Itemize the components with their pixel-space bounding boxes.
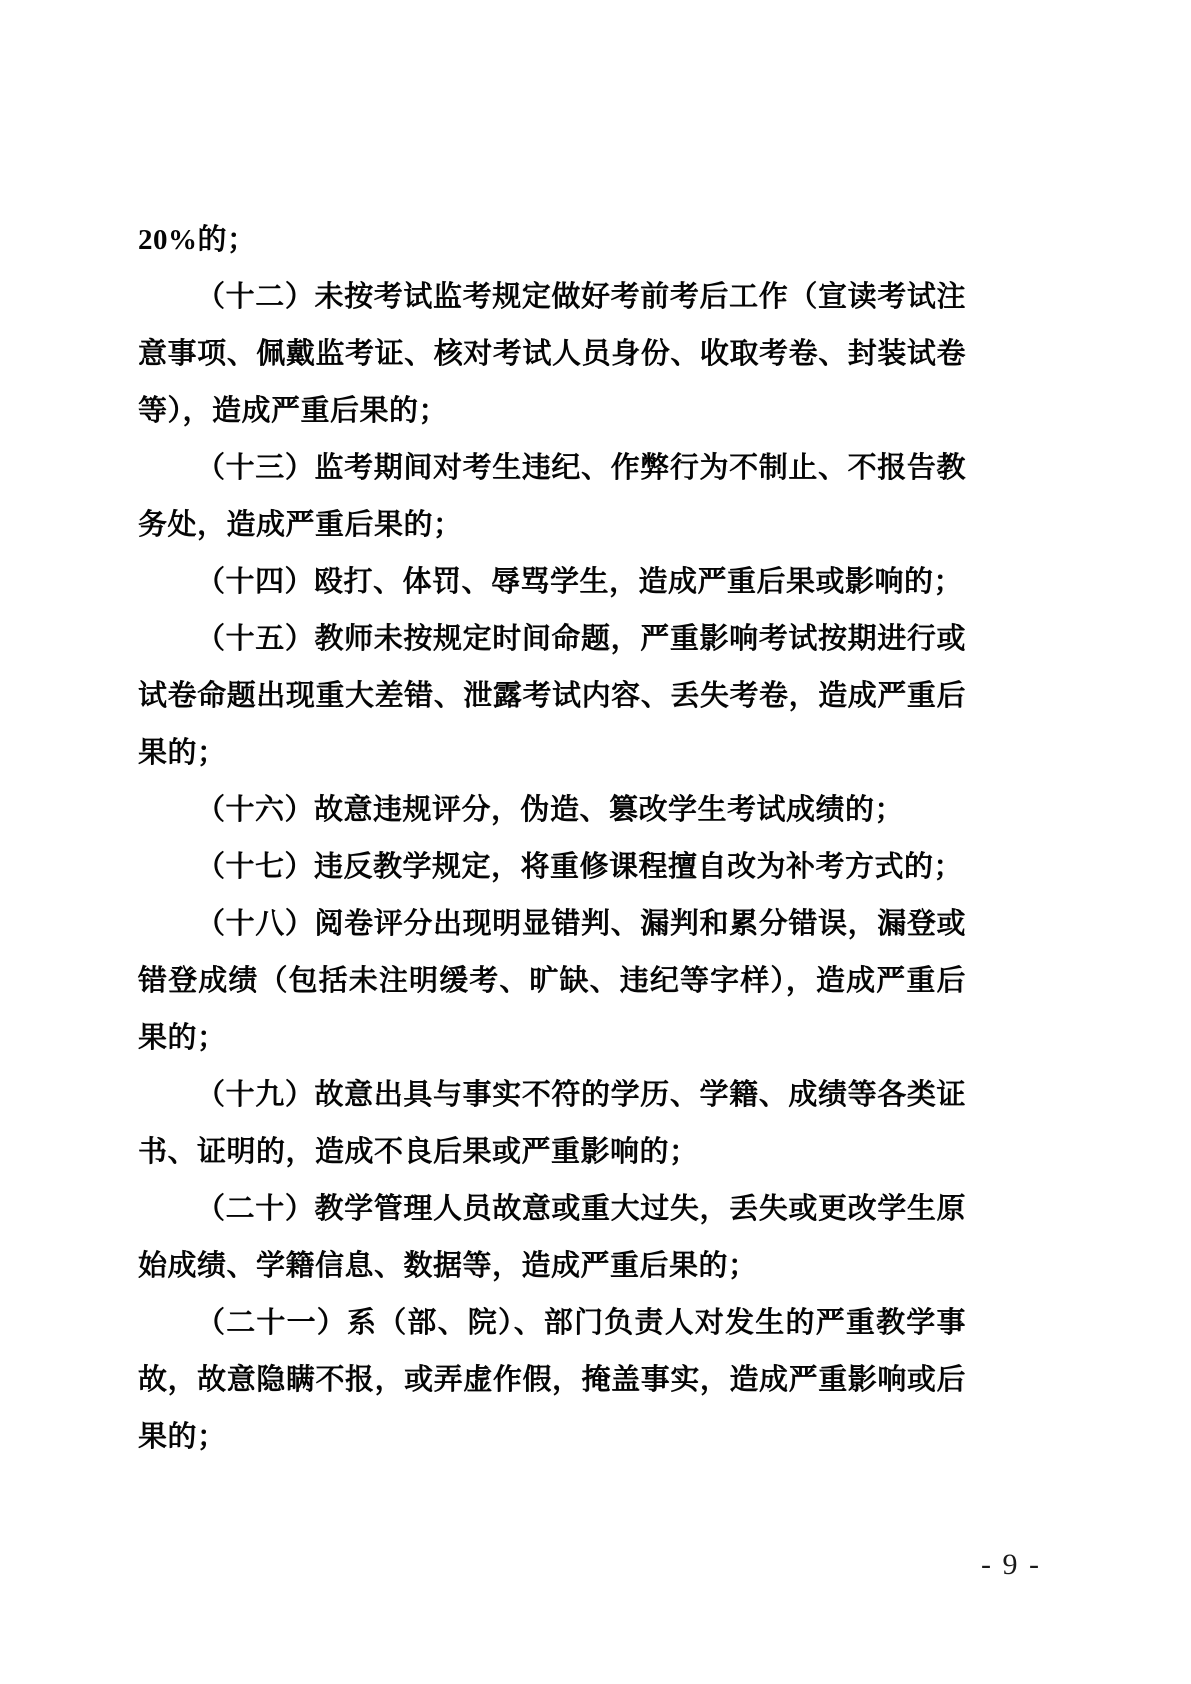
page-number: - 9 - bbox=[981, 1548, 1041, 1582]
document-page: 20%的； （十二）未按考试监考规定做好考前考后工作（宣读考试注意事项、佩戴监考… bbox=[0, 0, 1191, 1684]
paragraph-item-15: （十五）教师未按规定时间命题，严重影响考试按期进行或试卷命题出现重大差错、泄露考… bbox=[138, 611, 966, 782]
paragraph-item-18: （十八）阅卷评分出现明显错判、漏判和累分错误，漏登或错登成绩（包括未注明缓考、旷… bbox=[138, 896, 966, 1067]
paragraph-item-20: （二十）教学管理人员故意或重大过失，丢失或更改学生原始成绩、学籍信息、数据等，造… bbox=[138, 1181, 966, 1295]
paragraph-item-12: （十二）未按考试监考规定做好考前考后工作（宣读考试注意事项、佩戴监考证、核对考试… bbox=[138, 269, 966, 440]
body-text: 20%的； （十二）未按考试监考规定做好考前考后工作（宣读考试注意事项、佩戴监考… bbox=[138, 212, 966, 1466]
paragraph-item-13: （十三）监考期间对考生违纪、作弊行为不制止、不报告教务处，造成严重后果的； bbox=[138, 440, 966, 554]
paragraph-continuation: 20%的； bbox=[138, 212, 966, 269]
paragraph-item-19: （十九）故意出具与事实不符的学历、学籍、成绩等各类证书、证明的，造成不良后果或严… bbox=[138, 1067, 966, 1181]
paragraph-item-16: （十六）故意违规评分，伪造、篡改学生考试成绩的； bbox=[138, 782, 966, 839]
paragraph-item-21: （二十一）系（部、院）、部门负责人对发生的严重教学事故，故意隐瞒不报，或弄虚作假… bbox=[138, 1295, 966, 1466]
paragraph-item-14: （十四）殴打、体罚、辱骂学生，造成严重后果或影响的； bbox=[138, 554, 966, 611]
paragraph-item-17: （十七）违反教学规定，将重修课程擅自改为补考方式的； bbox=[138, 839, 966, 896]
